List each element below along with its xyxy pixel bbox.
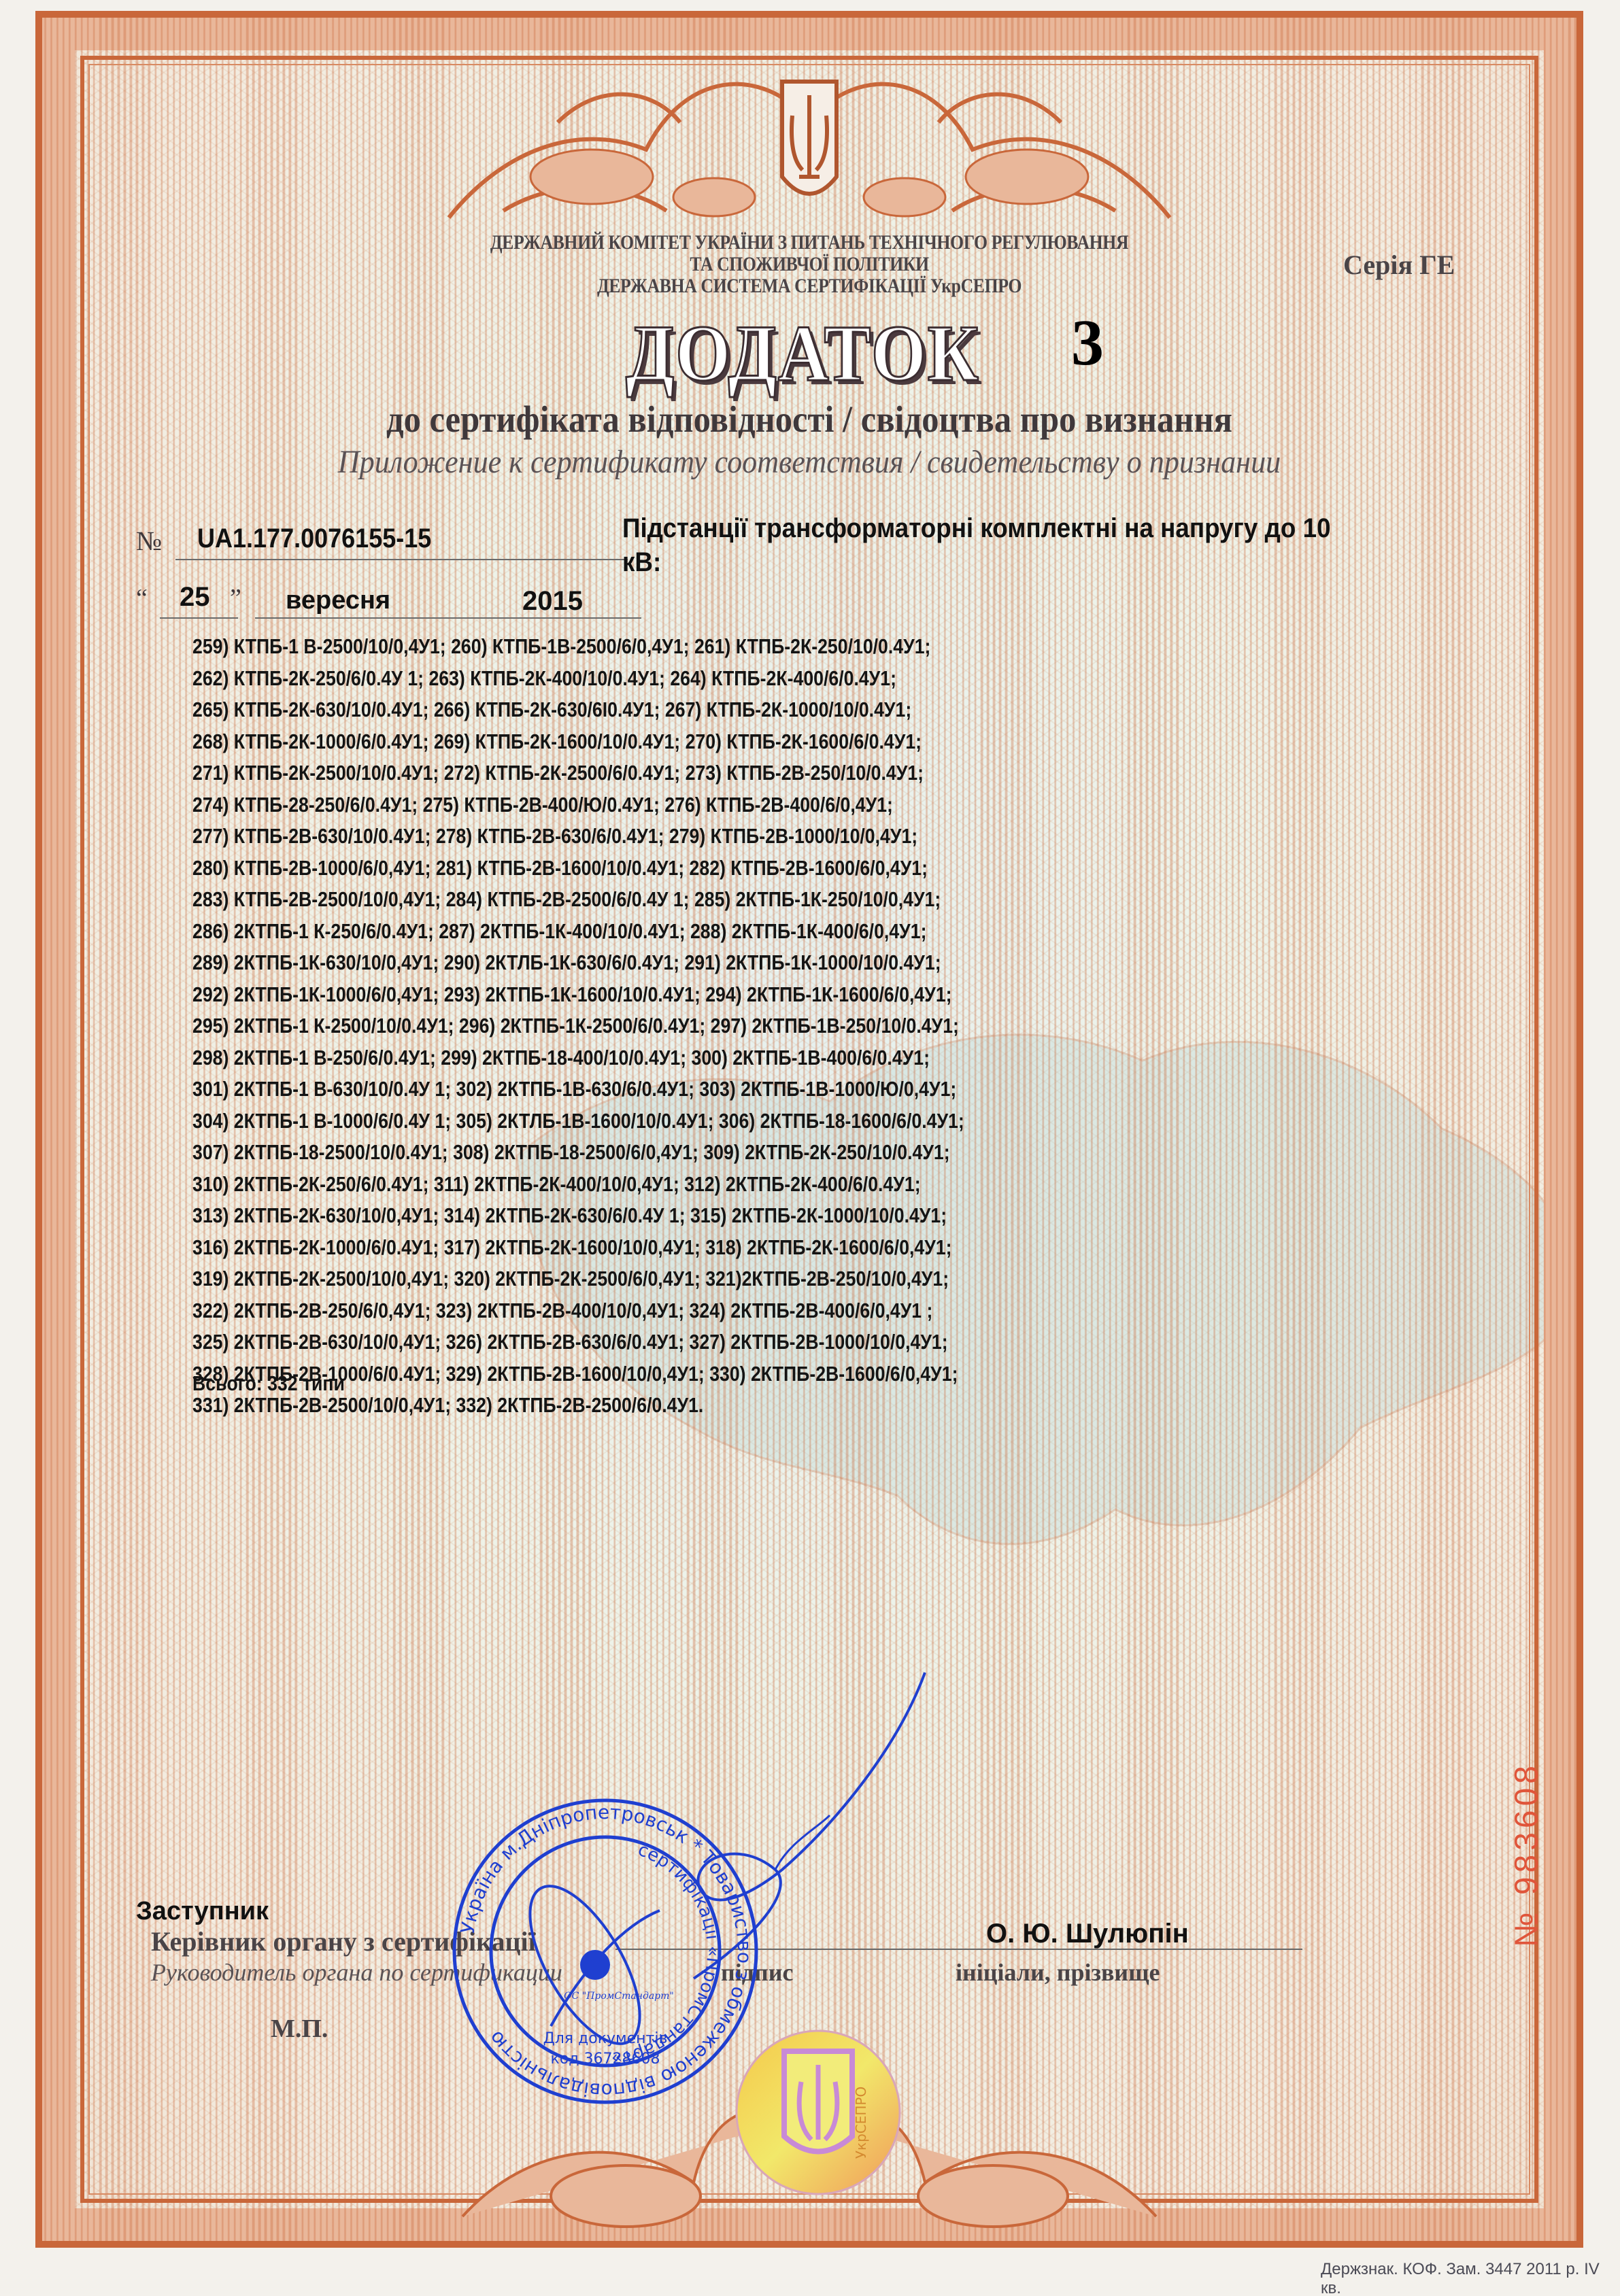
list-item: 259) КТПБ-1 В-2500/10/0,4У1; 260) КТПБ-1…	[192, 631, 1070, 663]
document-title: ДОДАТОК	[626, 307, 980, 400]
appendix-number: 3	[1071, 305, 1104, 380]
number-underline	[175, 559, 628, 560]
date-month: вересня	[286, 586, 390, 615]
list-item: 319) 2КТПБ-2К-2500/10/0,4У1; 320) 2КТПБ-…	[192, 1263, 1070, 1295]
document-subtitle: до сертифіката відповідності / свідоцтва…	[303, 398, 1316, 441]
signatory-name-label: ініціали, прізвище	[956, 1958, 1160, 1987]
product-description: Підстанції трансформаторні комплектні на…	[622, 511, 1373, 579]
date-day: 25	[180, 582, 210, 613]
list-item: 289) 2КТПБ-1К-630/10/0,4У1; 290) 2КТЛБ-1…	[192, 947, 1070, 979]
list-item: 280) КТПБ-2В-1000/6/0,4У1; 281) КТПБ-2В-…	[192, 853, 1070, 885]
list-item: 325) 2КТПБ-2В-630/10/0,4У1; 326) 2КТПБ-2…	[192, 1326, 1070, 1358]
certificate-number: UA1.177.0076155-15	[197, 524, 431, 554]
document-subtitle-ru: Приложение к сертификату соответствия / …	[303, 443, 1316, 481]
printer-imprint: Держзнак. КОФ. Зам. 3447 2011 р. IV кв.	[1321, 2260, 1620, 2296]
hologram-text: УкрСЕПРО	[853, 2087, 869, 2159]
trident-crest-ornament	[422, 41, 1197, 238]
list-item: 301) 2КТПБ-1 В-630/10/0.4У 1; 302) 2КТПБ…	[192, 1074, 1070, 1106]
stamp-code: код 36728608	[551, 2051, 660, 2068]
list-item: 262) КТПБ-2К-250/6/0.4У 1; 263) КТПБ-2К-…	[192, 663, 1070, 695]
list-item: 277) КТПБ-2В-630/10/0.4У1; 278) КТПБ-2В-…	[192, 821, 1070, 853]
list-item: 265) КТПБ-2К-630/10/0.4У1; 266) КТПБ-2К-…	[192, 694, 1070, 726]
date-month-underline	[255, 617, 641, 619]
seal-place-label: М.П.	[271, 2014, 328, 2044]
stamp-center-text: ОС "ПромСтандарт"	[564, 1991, 674, 2002]
certification-system-name: ДЕРЖАВНА СИСТЕМА СЕРТИФІКАЦІЇ УкрСЕПРО	[406, 275, 1213, 298]
signatory-name: О. Ю. Шулюпін	[986, 1919, 1189, 1949]
certificate-number-label: №	[136, 525, 162, 557]
list-item: 322) 2КТПБ-2В-250/6/0,4У1; 323) 2КТПБ-2В…	[192, 1295, 1070, 1327]
product-type-list: 259) КТПБ-1 В-2500/10/0,4У1; 260) КТПБ-1…	[192, 631, 1213, 1422]
date-year: 2015	[522, 586, 583, 617]
list-item: 271) КТПБ-2К-2500/10/0.4У1; 272) КТПБ-2К…	[192, 757, 1070, 789]
form-serial-number: № 983608	[1508, 1739, 1546, 1970]
list-item: 295) 2КТПБ-1 К-2500/10/0.4У1; 296) 2КТПБ…	[192, 1010, 1070, 1042]
list-item: 316) 2КТПБ-2К-1000/6/0.4У1; 317) 2КТПБ-2…	[192, 1232, 1070, 1264]
list-item: 298) 2КТПБ-1 В-250/6/0.4У1; 299) 2КТПБ-1…	[192, 1042, 1070, 1074]
list-item: 307) 2КТПБ-18-2500/10/0.4У1; 308) 2КТПБ-…	[192, 1137, 1070, 1169]
issuer-name-line2: ТА СПОЖИВЧОЇ ПОЛІТИКИ	[406, 253, 1213, 276]
signatory-deputy-label: Заступник	[136, 1897, 269, 1926]
ukrsepro-hologram: УкрСЕПРО	[726, 2021, 910, 2204]
list-item: 286) 2КТПБ-1 К-250/6/0.4У1; 287) 2КТПБ-1…	[192, 916, 1070, 948]
date-day-underline	[160, 617, 238, 619]
list-item: 268) КТПБ-2К-1000/6/0.4У1; 269) КТПБ-2К-…	[192, 726, 1070, 758]
list-item: 304) 2КТПБ-1 В-1000/6/0.4У 1; 305) 2КТЛБ…	[192, 1106, 1070, 1137]
list-item: 310) 2КТПБ-2К-250/6/0.4У1; 311) 2КТПБ-2К…	[192, 1169, 1070, 1201]
list-item: 313) 2КТПБ-2К-630/10/0,4У1; 314) 2КТПБ-2…	[192, 1200, 1070, 1232]
stamp-bottom-text: Для документів	[543, 2030, 668, 2047]
list-item: 283) КТПБ-2В-2500/10/0,4У1; 284) КТПБ-2В…	[192, 884, 1070, 916]
list-item: 274) КТПБ-28-250/6/0.4У1; 275) КТПБ-2В-4…	[192, 789, 1070, 821]
issuer-name-line1: ДЕРЖАВНИЙ КОМІТЕТ УКРАЇНИ З ПИТАНЬ ТЕХНІ…	[406, 231, 1213, 254]
date-open-quote: “	[136, 583, 148, 613]
handwritten-signature	[612, 1666, 966, 1992]
certificate-page: ДЕРЖАВНИЙ КОМІТЕТ УКРАЇНИ З ПИТАНЬ ТЕХНІ…	[0, 0, 1620, 2296]
document-series: Серія ГЕ	[1343, 249, 1455, 281]
list-item: 292) 2КТПБ-1К-1000/6/0,4У1; 293) 2КТПБ-1…	[192, 979, 1070, 1011]
total-count: Всього: 332 типи	[192, 1371, 345, 1396]
date-close-quote: ”	[230, 583, 241, 613]
